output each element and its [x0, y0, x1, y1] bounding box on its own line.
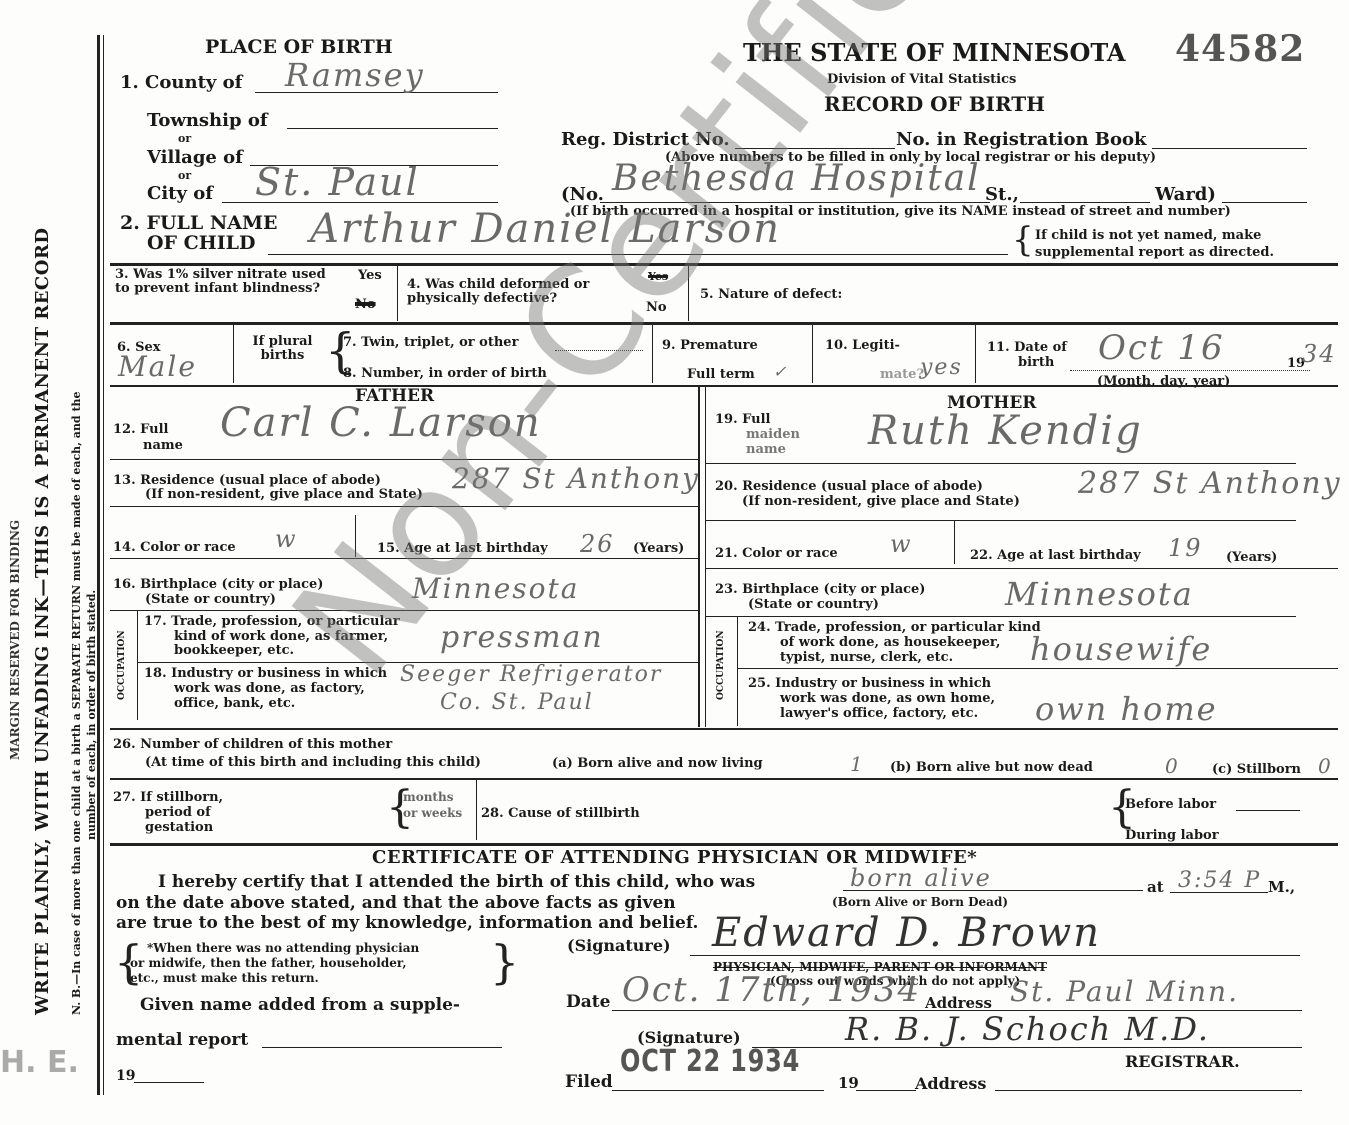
left-border-outer — [97, 35, 100, 1095]
twin-label: 7. Twin, triplet, or other — [343, 335, 518, 350]
village-label: Village of — [147, 147, 243, 168]
margin-reserved-text: MARGIN RESERVED FOR BINDING — [8, 520, 22, 760]
reg-book-line — [1152, 148, 1307, 149]
filed-date-stamp: OCT 22 1934 — [620, 1044, 800, 1079]
mother-trade-label-2: of work done, as housekeeper, — [780, 635, 1000, 650]
child-note-brace: { — [1012, 220, 1034, 260]
born-status-value: born alive — [850, 864, 992, 892]
mother-trade-value: housewife — [1030, 630, 1212, 668]
street-no-line — [600, 202, 990, 203]
legitimate-label-1: 10. Legiti- — [825, 338, 900, 353]
father-residence-label-1: 13. Residence (usual place of abode) — [113, 473, 381, 488]
mother-birthplace-label-1: 23. Birthplace (city or place) — [715, 582, 925, 597]
mother-row-line-1 — [706, 463, 1296, 464]
physician-address-value: St. Paul Minn. — [1010, 975, 1239, 1008]
m-label: M., — [1268, 878, 1295, 896]
ward-line — [1222, 202, 1307, 203]
silver-yes: Yes — [358, 268, 382, 283]
mother-age-unit: (Years) — [1226, 550, 1277, 565]
mother-trade-label-3: typist, nurse, clerk, etc. — [780, 650, 953, 665]
mother-race-value: w — [890, 530, 913, 558]
father-industry-label-2: work was done, as factory, — [174, 681, 365, 696]
row6-divider-1 — [233, 325, 234, 383]
father-row-line-2 — [110, 506, 698, 507]
row6-divider-4 — [975, 325, 976, 383]
county-label: 1. County of — [120, 72, 242, 93]
children-label-2: (At time of this birth and including thi… — [145, 755, 481, 770]
mother-race-label: 21. Color or race — [715, 546, 838, 561]
state-title: THE STATE OF MINNESOTA — [743, 38, 1126, 67]
parents-middle-divider-b — [705, 387, 706, 727]
father-trade-value: pressman — [440, 620, 604, 655]
mother-industry-label-3: lawyer's office, factory, etc. — [780, 706, 978, 721]
children-top-border — [110, 728, 1338, 730]
mother-name-label-2: maiden — [746, 427, 800, 442]
deformed-yes-struck: Yes — [648, 270, 668, 283]
father-industry-label-1: 18. Industry or business in which — [144, 666, 387, 681]
hospital-value: Bethesda Hospital — [612, 158, 981, 199]
margin-nb-line-1: N. B.—In case of more than one child at … — [70, 391, 83, 1015]
mother-occupation-divider — [737, 616, 738, 726]
city-label: City of — [147, 183, 213, 204]
certificate-date-value: Oct. 17th, 1934 — [622, 970, 921, 1010]
certificate-line-3: are true to the best of my knowledge, in… — [116, 913, 698, 933]
margin-initials-stamp: H. E. — [0, 1045, 79, 1080]
father-occupation-divider — [137, 610, 138, 720]
child-not-named-note-1: If child is not yet named, make — [1035, 228, 1261, 243]
gestation-weeks: or weeks — [403, 806, 462, 820]
registrar-title: REGISTRAR. — [1125, 1052, 1240, 1071]
or-label-2: or — [178, 169, 191, 182]
stillborn-value: 0 — [1318, 754, 1333, 778]
stillborn-period-label-1: 27. If stillborn, — [113, 790, 223, 805]
child-name-value: Arthur Daniel Larson — [310, 206, 781, 252]
row6-divider-3 — [812, 325, 813, 383]
mother-age-label: 22. Age at last birthday — [970, 548, 1141, 563]
certificate-line-1: I hereby certify that I attended the bir… — [158, 872, 755, 892]
stillborn-label: (c) Stillborn — [1212, 762, 1301, 777]
father-row-line-3 — [110, 558, 698, 559]
mother-row-line-3 — [706, 568, 1338, 569]
mother-row-line-5 — [737, 668, 1338, 669]
ward-label: Ward) — [1155, 184, 1216, 205]
father-row-line-4 — [110, 610, 698, 611]
born-hint: (Born Alive or Born Dead) — [832, 895, 1008, 909]
mother-industry-label-2: work was done, as own home, — [780, 691, 995, 706]
born-alive-living-value: 1 — [850, 752, 865, 776]
father-industry-label-3: office, bank, etc. — [174, 696, 295, 711]
at-label: at — [1147, 878, 1164, 896]
cause-of-stillbirth-label: 28. Cause of stillbirth — [481, 806, 640, 821]
mother-row-line-2 — [706, 520, 1296, 521]
mother-row-line-4 — [706, 616, 1296, 617]
city-value: St. Paul — [255, 160, 420, 204]
stillbirth-top-border — [110, 778, 1338, 780]
during-labor-label: During labor — [1125, 828, 1219, 843]
parents-top-border — [110, 385, 1338, 387]
mother-birthplace-label-2: (State or country) — [748, 597, 879, 612]
legitimate-label-2: mate? — [880, 367, 924, 382]
dob-year-value: 34 — [1302, 340, 1337, 368]
children-label-1: 26. Number of children of this mother — [113, 737, 392, 752]
born-alive-dead-value: 0 — [1165, 754, 1180, 778]
mother-residence-value: 287 St Anthony — [1078, 466, 1342, 501]
certificate-top-border — [110, 843, 1338, 846]
before-labor-label: Before labor — [1125, 797, 1216, 812]
dob-label-2: birth — [1018, 355, 1054, 370]
township-label: Township of — [147, 110, 268, 131]
physician-signature-value: Edward D. Brown — [712, 910, 1101, 956]
row3-top-border — [110, 263, 1338, 266]
division-subtitle: Division of Vital Statistics — [827, 72, 1016, 87]
child-not-named-note-2: supplemental report as directed. — [1035, 245, 1274, 260]
silver-nitrate-label: 3. Was 1% silver nitrate used to prevent… — [115, 268, 335, 296]
stillborn-period-label-2: period of — [145, 805, 211, 820]
stillbirth-divider — [476, 780, 477, 840]
mother-name-value: Ruth Kendig — [868, 408, 1143, 454]
twin-line — [555, 350, 643, 351]
sex-value: Male — [118, 350, 197, 383]
date-label: Date — [566, 992, 610, 1012]
given-name-year-prefix: 19 — [116, 1068, 135, 1084]
silver-no-struck: No — [355, 297, 376, 312]
left-border-inner — [103, 35, 104, 1095]
dob-value: Oct 16 — [1098, 328, 1225, 368]
row6-divider-2 — [652, 325, 653, 383]
gestation-months: months — [403, 790, 453, 804]
filed-label: Filed — [565, 1072, 613, 1092]
certificate-note-1: *When there was no attending physician — [147, 941, 419, 955]
birth-time-value: 3:54 P — [1178, 868, 1261, 893]
father-residence-label-2: (If non-resident, give place and State) — [145, 487, 423, 502]
mother-residence-label-1: 20. Residence (usual place of abode) — [715, 479, 983, 494]
county-value: Ramsey — [285, 56, 425, 94]
dob-line — [1070, 370, 1310, 371]
mother-industry-value: own home — [1035, 690, 1218, 728]
full-term-label: Full term — [687, 367, 755, 382]
street-no-label: (No. — [561, 184, 604, 205]
mother-residence-label-2: (If non-resident, give place and State) — [742, 494, 1020, 509]
child-name-line — [268, 254, 1008, 255]
st-line — [1020, 202, 1150, 203]
given-name-year-line — [134, 1082, 204, 1083]
certificate-line-2: on the date above stated, and that the a… — [116, 893, 676, 913]
registrar-address-label: Address — [915, 1074, 986, 1093]
certificate-number: 44582 — [1175, 28, 1305, 70]
registrar-address-line — [995, 1090, 1302, 1091]
note-brace-right: } — [490, 935, 519, 989]
father-name-label-1: 12. Full — [113, 422, 168, 437]
reg-book-label: No. in Registration Book — [896, 129, 1147, 150]
legitimate-value: yes — [920, 355, 963, 380]
premature-label: 9. Premature — [662, 338, 758, 353]
before-labor-line — [1236, 810, 1300, 811]
father-residence-value: 287 St Anthony — [452, 462, 700, 495]
township-line — [287, 128, 498, 129]
row3-divider-1 — [397, 266, 398, 321]
st-label: St., — [985, 184, 1019, 205]
reg-district-label: Reg. District No. — [561, 129, 730, 150]
born-alive-living-label: (a) Born alive and now living — [552, 756, 763, 771]
mother-age-value: 19 — [1168, 534, 1203, 562]
father-trade-label-2: kind of work done, as farmer, — [174, 629, 388, 644]
margin-write-plainly-text: WRITE PLAINLY, WITH UNFADING INK—THIS IS… — [32, 227, 53, 1015]
reg-district-line — [735, 148, 895, 149]
birth-order-label: 8. Number, in order of birth — [343, 366, 547, 381]
mother-name-label-3: name — [746, 442, 786, 457]
parents-middle-divider-a — [698, 387, 700, 727]
father-race-value: w — [275, 525, 298, 553]
father-birthplace-label-2: (State or country) — [145, 592, 276, 607]
row6-top-border — [110, 322, 1338, 325]
record-of-birth-title: RECORD OF BIRTH — [824, 92, 1045, 116]
father-name-label-2: name — [143, 438, 183, 453]
given-name-label-1: Given name added from a supple- — [140, 995, 460, 1015]
mother-industry-label-1: 25. Industry or business in which — [748, 676, 991, 691]
father-occupation-tag: OCCUPATION — [117, 630, 127, 700]
certificate-note-3: etc., must make this return. — [130, 971, 319, 985]
father-birthplace-label-1: 16. Birthplace (city or place) — [113, 577, 323, 592]
signature-label: (Signature) — [567, 936, 671, 955]
given-name-line — [262, 1047, 502, 1048]
father-race-label: 14. Color or race — [113, 540, 236, 555]
father-race-divider — [355, 515, 356, 557]
father-age-label: 15. Age at last birthday — [377, 541, 548, 556]
father-name-value: Carl C. Larson — [220, 400, 542, 446]
filed-line — [612, 1090, 824, 1091]
row3-divider-2 — [688, 266, 689, 321]
deformed-label: 4. Was child deformed or physically defe… — [407, 278, 637, 306]
born-alive-dead-label: (b) Born alive but now dead — [890, 760, 1093, 775]
stillborn-period-label-3: gestation — [145, 820, 213, 835]
father-industry-value-1: Seeger Refrigerator — [400, 662, 662, 687]
certificate-note-2: or midwife, then the father, householder… — [130, 956, 407, 970]
mother-birthplace-value: Minnesota — [1005, 575, 1194, 613]
child-name-label-1: 2. FULL NAME — [120, 212, 277, 234]
given-name-label-2: mental report — [116, 1030, 248, 1050]
father-trade-label-1: 17. Trade, profession, or particular — [144, 614, 400, 629]
mother-occupation-tag: OCCUPATION — [716, 630, 726, 700]
mother-race-divider — [954, 520, 955, 564]
father-age-value: 26 — [580, 530, 615, 558]
or-label-1: or — [178, 132, 191, 145]
plural-births-label: If plural births — [245, 335, 320, 363]
place-of-birth-heading: PLACE OF BIRTH — [205, 36, 393, 58]
father-trade-label-3: bookkeeper, etc. — [174, 643, 294, 658]
deformed-no: No — [646, 300, 667, 315]
mother-name-label-1: 19. Full — [715, 412, 770, 427]
father-row-line-1 — [110, 459, 698, 460]
registrar-signature-value: R. B. J. Schoch M.D. — [845, 1010, 1210, 1048]
father-industry-value-2: Co. St. Paul — [440, 690, 594, 715]
dob-label-1: 11. Date of — [987, 340, 1067, 355]
full-term-check: ✓ — [773, 362, 788, 381]
mother-trade-label-1: 24. Trade, profession, or particular kin… — [748, 620, 1041, 635]
father-birthplace-value: Minnesota — [412, 572, 579, 605]
father-age-unit: (Years) — [633, 541, 684, 556]
child-name-label-2: OF CHILD — [147, 232, 255, 254]
defect-label: 5. Nature of defect: — [700, 287, 842, 302]
filed-year-line — [856, 1090, 916, 1091]
